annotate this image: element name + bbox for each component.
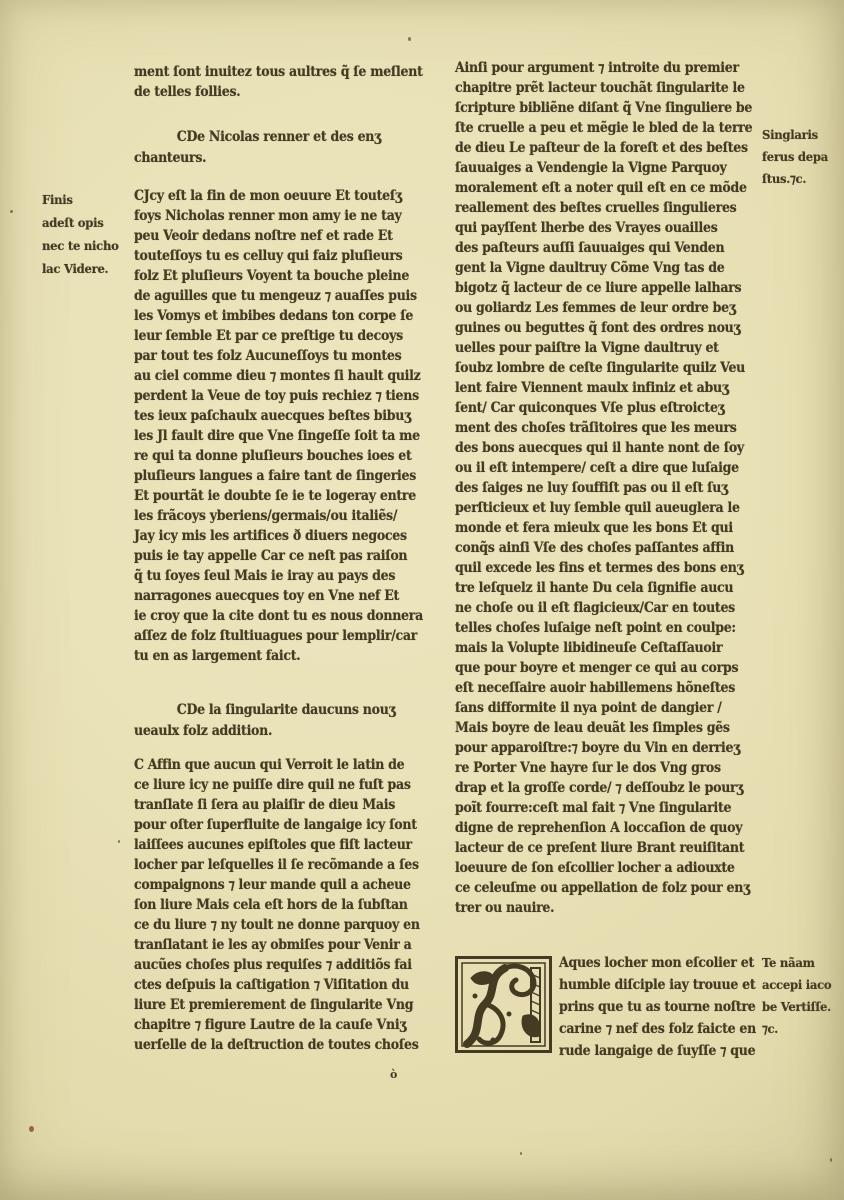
- text-line: ctes deſpuis la caſtigation ⁊ Viſitation…: [134, 975, 432, 995]
- text-line: que pour boyre et menger ce qui au corps: [455, 658, 753, 678]
- text-line: perdent la Veue de toy puis rechiez ⁊ ti…: [134, 386, 432, 406]
- text-line: ſon liure Mais cela eſt hors de la ſubſt…: [134, 895, 432, 915]
- text-line: monde et fera mieulx que les bons Et qui: [455, 518, 753, 538]
- text-line: drap et la groſſe corde/ ⁊ deſſoubz le p…: [455, 778, 753, 798]
- text-line: guines ou beguttes q̃ font des ordres no…: [455, 318, 753, 338]
- text-line: les frãcoys yberiens/germais/ou italiẽs/: [134, 506, 432, 526]
- paper-speck: [118, 840, 120, 843]
- text-line: peu Veoir dedans noſtre nef et rade Et: [134, 226, 432, 246]
- text-line: de dieu Le paſteur de la foreſt et des b…: [455, 138, 753, 158]
- text-line: reallement des beſtes cruelles ſingulier…: [455, 198, 753, 218]
- bottom-initial-block: Aques locher mon eſcolier ethumble diſci…: [455, 950, 785, 1065]
- text-line: tes ieux paſchaulx auecques beſtes bibuʒ: [134, 406, 432, 426]
- text-line: ſauuaiges a Vendengie la Vigne Parquoy: [455, 158, 753, 178]
- text-line: tranſlate ſi ſera au plaiſir de dieu Mai…: [134, 795, 432, 815]
- paragraph-singularite: Ainſi pour argument ⁊ introite du premie…: [455, 58, 775, 918]
- text-line: accepi iaco: [762, 974, 836, 996]
- marginal-note-singularis: Singlarisferus depaſtus.⁊c.: [762, 124, 842, 190]
- left-column-continuation: ment ſont inuitez tous aultres q̃ ſe meſ…: [134, 62, 454, 102]
- text-line: carine ⁊ nef des folz faicte en: [559, 1018, 769, 1040]
- text-line: eſt neceſſaire auoir habillemens hõneſte…: [455, 678, 753, 698]
- text-line: C Affin que aucun qui Verroit le latin d…: [134, 755, 432, 775]
- text-line: des bons auecques qui il hante nont de ſ…: [455, 438, 753, 458]
- marginal-note-finis: Finisadeſt opisnec te nicholac Videre.: [42, 188, 142, 280]
- text-line: CDe Nicolas renner et des enʒ: [134, 127, 432, 148]
- text-line: aucũes choſes plus requiſes ⁊ additiõs f…: [134, 955, 432, 975]
- text-line: locher par leſquelles il ſe recõmande a …: [134, 855, 432, 875]
- text-line: ce celeuſme ou appellation de folz pour …: [455, 878, 753, 898]
- text-line: au ciel comme dieu ⁊ montes ſi hault qui…: [134, 366, 432, 386]
- text-line: trer ou nauire.: [455, 898, 753, 918]
- text-line: Jay icy mis les artifices ð diuers negoc…: [134, 526, 432, 546]
- text-line: ne choſe ou il eſt flagicieux/Car en tou…: [455, 598, 753, 618]
- text-line: touteſſoys tu es celluy qui faiz pluſieu…: [134, 246, 432, 266]
- text-line: conq̃s ainſi Vſe des choſes paſſantes af…: [455, 538, 753, 558]
- text-line: Aques locher mon eſcolier et: [559, 952, 769, 974]
- text-line: Te nãam: [762, 952, 836, 974]
- text-line: les Vomys et imbibes dedans ton corpe ſe: [134, 306, 432, 326]
- marginal-note-te-navim: Te nãamaccepi iacobe Vertiſſe.⁊c.: [762, 952, 842, 1040]
- heading-singularite-addition: CDe la ſingularite daucuns nouʒueaulx fo…: [134, 700, 454, 742]
- text-line: qui payſſent lherbe des Vrayes ouailles: [455, 218, 753, 238]
- text-line: poĩt fourre:ceſt mal fait ⁊ Vne ſingular…: [455, 798, 753, 818]
- paper-speck: [830, 1158, 832, 1162]
- text-line: Finis: [42, 188, 135, 211]
- text-line: pour oſter ſuperfluite de langaige icy ſ…: [134, 815, 432, 835]
- paragraph-nicolas-renner: CJcy eſt la fin de mon oeuure Et touteſʒ…: [134, 186, 454, 666]
- text-line: perſticieux et luy ſemble quil aueuglera…: [455, 498, 753, 518]
- text-line: ie croy que la cite dont tu es nous donn…: [134, 606, 432, 626]
- text-line: uerſelle de la deſtruction de toutes cho…: [134, 1035, 432, 1055]
- text-line: gent la Vigne daultruy Cõme Vng tas de: [455, 258, 753, 278]
- text-line: ſte cruelle a peu et mẽgie le bled de la…: [455, 118, 753, 138]
- text-line: quil excede les fins et termes des bons …: [455, 558, 753, 578]
- text-line: tranſlatant ie les ay obmiſes pour Venir…: [134, 935, 432, 955]
- signature-mark: ò: [390, 1068, 397, 1081]
- text-line: les Jl fault dire que Vne ſingeſſe ſoit …: [134, 426, 432, 446]
- text-line: re qui ta donne pluſieurs bouches ioes e…: [134, 446, 432, 466]
- text-line: bigotz q̃ lacteur de ce liure appelle la…: [455, 278, 753, 298]
- text-line: lacteur de ce preſent liure Brant reuiſi…: [455, 838, 753, 858]
- text-line: aſſez de folz ſtultiuagues pour lemplir/…: [134, 626, 432, 646]
- text-line: laiſſees aucunes epiſtoles que fiſt lact…: [134, 835, 432, 855]
- text-line: q̃ tu ſoyes ſeul Mais ie iray au pays de…: [134, 566, 432, 586]
- text-line: mais la Volupte libidineuſe Ceſtaſſauoir: [455, 638, 753, 658]
- text-line: telles choſes luſaige neſt point en coul…: [455, 618, 753, 638]
- text-line: narragones auecques toy en Vne nef Et: [134, 586, 432, 606]
- text-line: chanteurs.: [134, 148, 432, 169]
- paragraph-jaques-locher: Aques locher mon eſcolier ethumble diſci…: [559, 952, 785, 1062]
- paper-speck: [10, 210, 13, 213]
- text-line: ſtus.⁊c.: [762, 168, 836, 190]
- paragraph-addition: C Affin que aucun qui Verroit le latin d…: [134, 755, 454, 1055]
- text-line: prins que tu as tourne noſtre: [559, 996, 769, 1018]
- text-line: pluſieurs langues a faire tant de ſinger…: [134, 466, 432, 486]
- text-line: ce du liure ⁊ ny toult ne donne parquoy …: [134, 915, 432, 935]
- text-line: ce liure icy ne puiſſe dire quil ne fuſt…: [134, 775, 432, 795]
- text-line: de telles follies.: [134, 82, 432, 102]
- text-line: nec te nicho: [42, 234, 135, 257]
- text-line: ou goliardz Les femmes de leur ordre beʒ: [455, 298, 753, 318]
- decorated-initial-woodcut: [455, 956, 552, 1057]
- text-line: Singlaris: [762, 124, 836, 146]
- text-line: des paſteurs auſſi ſauuaiges qui Venden: [455, 238, 753, 258]
- text-line: adeſt opis: [42, 211, 135, 234]
- text-line: ſcripture bibliẽne diſant q̃ Vne ſinguli…: [455, 98, 753, 118]
- text-line: Ainſi pour argument ⁊ introite du premie…: [455, 58, 753, 78]
- text-line: ment des choſes trãſitoires que les meur…: [455, 418, 753, 438]
- text-line: ſoubz lombre de ceſte ſingularite quilz …: [455, 358, 753, 378]
- text-line: par tout tes folz Aucuneſſoys tu montes: [134, 346, 432, 366]
- text-line: chapitre ⁊ figure Lautre de la cauſe Vni…: [134, 1015, 432, 1035]
- text-line: puis ie tay appelle Car ce neſt pas raiſ…: [134, 546, 432, 566]
- text-line: loeuure de ſon eſcollier locher a adioux…: [455, 858, 753, 878]
- text-line: be Vertiſſe.: [762, 996, 836, 1018]
- text-line: ou il eſt intempere/ ceſt a dire que luſ…: [455, 458, 753, 478]
- text-line: ⁊c.: [762, 1018, 836, 1040]
- heading-nicolas-renner: CDe Nicolas renner et des enʒchanteurs.: [134, 127, 454, 169]
- text-line: pour apparoiſtre:⁊ boyre du Vin en derri…: [455, 738, 753, 758]
- text-line: tre leſquelz il hante Du cela ſignifie a…: [455, 578, 753, 598]
- text-line: Et pourtãt ie doubte ſe ie te logeray en…: [134, 486, 432, 506]
- text-line: re Porter Vne hayre ſur le dos Vng gros: [455, 758, 753, 778]
- text-line: des ſaiges ne luy ſouffiſt pas ou il eſt…: [455, 478, 753, 498]
- text-line: ſans difformite il nya point de dangier …: [455, 698, 753, 718]
- text-line: liure Et premierement de ſingularite Vng: [134, 995, 432, 1015]
- text-line: leur ſemble Et par ce preſtige tu decoys: [134, 326, 432, 346]
- text-line: ueaulx folz addition.: [134, 721, 432, 742]
- text-line: Mais boyre de leau deuãt les ſimples gẽs: [455, 718, 753, 738]
- text-line: uelles pour paiſtre la Vigne daultruy et: [455, 338, 753, 358]
- paper-speck: [520, 1152, 522, 1155]
- text-line: ferus depa: [762, 146, 836, 168]
- text-line: rude langaige de ſuyſſe ⁊ que: [559, 1040, 769, 1062]
- text-line: digne de reprehenſion A loccaſion de quo…: [455, 818, 753, 838]
- text-line: chapitre prẽt lacteur touchãt ſingularit…: [455, 78, 753, 98]
- book-page: Finisadeſt opisnec te nicholac Videre. m…: [0, 0, 844, 1200]
- text-line: tu en as largement faict.: [134, 646, 432, 666]
- text-line: humble diſciple iay trouue et: [559, 974, 769, 996]
- text-line: compaignons ⁊ leur mande quil a acheue: [134, 875, 432, 895]
- text-line: lent faire Viennent maulx infiniz et abu…: [455, 378, 753, 398]
- text-line: ſent/ Car quiconques Vſe plus eſtroicteʒ: [455, 398, 753, 418]
- text-line: CJcy eſt la fin de mon oeuure Et touteſʒ: [134, 186, 432, 206]
- paper-speck: [408, 37, 411, 41]
- text-line: moralement eſt a noter quil eſt en ce mõ…: [455, 178, 753, 198]
- text-line: lac Videre.: [42, 257, 135, 280]
- text-line: folz Et pluſieurs Voyent ta bouche plein…: [134, 266, 432, 286]
- text-line: foys Nicholas renner mon amy ie ne tay: [134, 206, 432, 226]
- text-line: de aguilles que tu mengeuz ⁊ auaſſes pui…: [134, 286, 432, 306]
- text-line: CDe la ſingularite daucuns nouʒ: [134, 700, 432, 721]
- text-line: ment ſont inuitez tous aultres q̃ ſe meſ…: [134, 62, 432, 82]
- paper-speck: [29, 1126, 34, 1132]
